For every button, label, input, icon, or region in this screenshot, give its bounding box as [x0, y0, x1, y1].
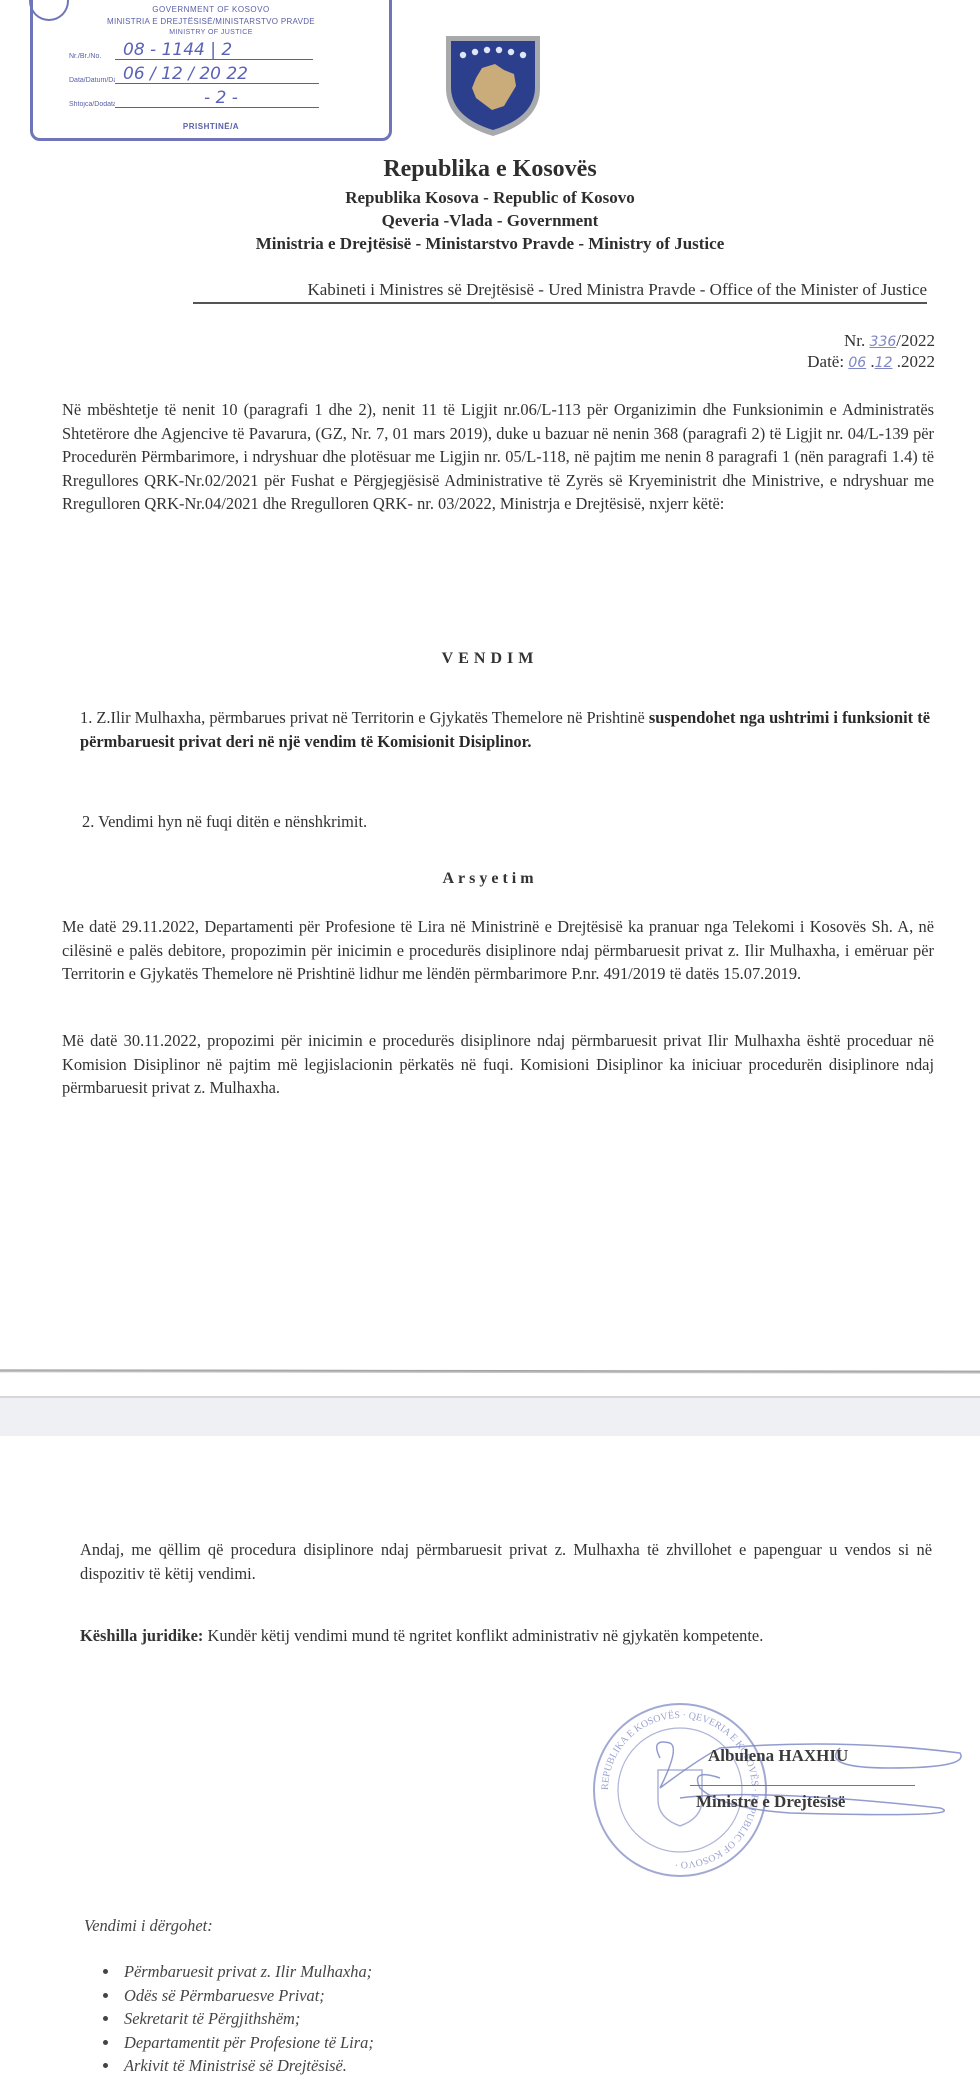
kosovo-coat-of-arms-icon — [440, 30, 546, 140]
stamp-date-label: Data/Datum/Date — [69, 77, 115, 84]
stamp-pages-label: Shtojca/Dodatak/Annex — [69, 101, 115, 108]
reasoning-paragraph-3: Andaj, me qëllim që procedura disiplinor… — [80, 1538, 932, 1586]
header-government: Qeveria -Vlada - Government — [0, 211, 980, 231]
reasoning-paragraph-1: Me datë 29.11.2022, Departamenti për Pro… — [62, 915, 934, 986]
reference-date-prefix: Datë: — [807, 352, 848, 371]
decision-title: VENDIM — [0, 650, 980, 668]
document-page-1: GOVERNMENT OF KOSOVO MINISTRIA E DREJTËS… — [0, 0, 980, 1375]
stamp-pages-value: - 2 - — [115, 89, 319, 108]
list-item: Arkivit të Ministrisë së Drejtësisë. — [120, 2054, 374, 2078]
stamp-government: GOVERNMENT OF KOSOVO — [33, 5, 389, 14]
signature-line — [690, 1785, 915, 1786]
header-title: Republika e Kosovës — [0, 156, 980, 183]
registry-stamp: GOVERNMENT OF KOSOVO MINISTRIA E DREJTËS… — [30, 0, 392, 141]
stamp-city: PRISHTINË/A — [33, 122, 389, 131]
header-ministry: Ministria e Drejtësisë - Ministarstvo Pr… — [0, 234, 980, 254]
stamp-date-value: 06 / 12 / 20 22 — [115, 65, 319, 84]
stamp-date-row: Data/Datum/Date 06 / 12 / 20 22 — [69, 65, 319, 84]
decision-item-1: 1. Z.Ilir Mulhaxha, përmbarues privat në… — [80, 706, 930, 754]
header-subtitle: Republika Kosova - Republic of Kosovo — [0, 188, 980, 208]
stamp-ministry-en: MINISTRY OF JUSTICE — [33, 29, 389, 36]
legal-advice-label: Këshilla juridike: — [80, 1626, 203, 1645]
stamp-number-label: Nr./Br./No. — [69, 53, 115, 60]
reasoning-title: Arsyetim — [0, 870, 980, 888]
signatory-title: Ministre e Drejtësisë — [696, 1792, 845, 1812]
stamp-number-value: 08 - 1144 | 2 — [115, 41, 313, 60]
stamp-ministry: MINISTRIA E DREJTËSISË/MINISTARSTVO PRAV… — [33, 17, 389, 26]
stamp-number-row: Nr./Br./No. 08 - 1144 | 2 — [69, 41, 313, 60]
reference-date-day: 06 — [848, 355, 866, 371]
reasoning-paragraph-2: Më datë 30.11.2022, propozimi për inicim… — [62, 1029, 934, 1100]
reference-date: Datë: 06 .12 .2022 — [807, 352, 935, 372]
legal-advice: Këshilla juridike: Kundër këtij vendimi … — [80, 1624, 932, 1648]
stamp-pages-row: Shtojca/Dodatak/Annex - 2 - — [69, 89, 319, 108]
legal-basis-paragraph: Në mbështetje të nenit 10 (paragrafi 1 d… — [62, 398, 934, 516]
distribution-list: Përmbaruesit privat z. Ilir Mulhaxha; Od… — [100, 1960, 374, 2078]
legal-advice-text: Kundër këtij vendimi mund të ngritet kon… — [203, 1626, 763, 1645]
page-gap — [0, 1396, 980, 1438]
decision-item-1-text: 1. Z.Ilir Mulhaxha, përmbarues privat në… — [80, 708, 649, 727]
reference-number: Nr. 336/2022 — [844, 331, 935, 351]
reference-number-prefix: Nr. — [844, 331, 870, 350]
list-item: Departamentit për Profesione të Lira; — [120, 2031, 374, 2055]
reference-number-handwritten: 336 — [870, 334, 897, 350]
reference-date-month: 12 — [875, 355, 893, 371]
list-item: Odës së Përmbaruesve Privat; — [120, 1984, 374, 2008]
reference-date-suffix: .2022 — [897, 352, 935, 371]
reference-number-suffix: /2022 — [896, 331, 935, 350]
distribution-label: Vendimi i dërgohet: — [84, 1916, 213, 1936]
list-item: Përmbaruesit privat z. Ilir Mulhaxha; — [120, 1960, 374, 1984]
signatory-name: Albulena HAXHIU — [708, 1746, 848, 1766]
header-office: Kabineti i Ministres së Drejtësisë - Ure… — [193, 280, 927, 304]
list-item: Sekretarit të Përgjithshëm; — [120, 2007, 374, 2031]
decision-item-2: 2. Vendimi hyn në fuqi ditën e nënshkrim… — [82, 812, 367, 832]
